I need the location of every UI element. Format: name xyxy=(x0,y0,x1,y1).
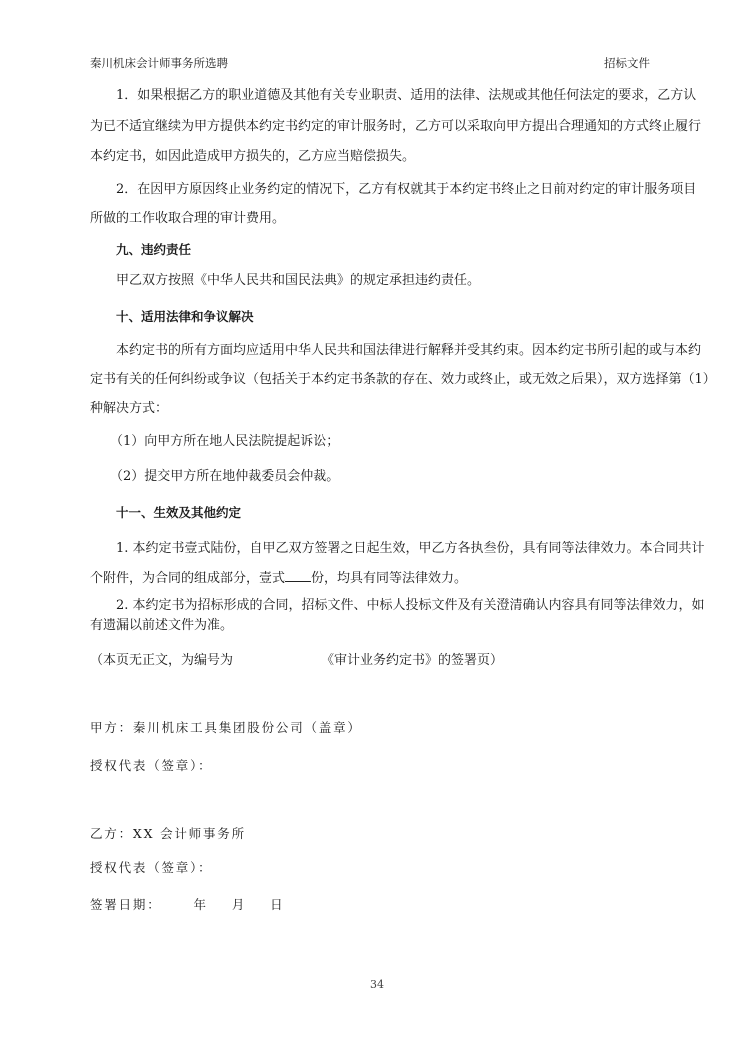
header-right: 招标文件 xyxy=(604,55,650,71)
page-number: 34 xyxy=(370,978,384,991)
text-after-blank: 份，均具有同等法律效力。 xyxy=(311,571,467,586)
date-month: 月 xyxy=(232,897,246,912)
paragraph-line: 本约定书的所有方面均应适用中华人民共和国法律进行解释并受其约束。因本约定书所引起… xyxy=(116,343,701,359)
note-after: 《审计业务约定书》的签署页） xyxy=(321,653,503,668)
section-heading-breach: 九、违约责任 xyxy=(116,242,191,258)
paragraph-line: 所做的工作收取合理的审计费用。 xyxy=(90,211,285,227)
signing-date: 签署日期：年月日 xyxy=(90,897,284,913)
paragraph-line: 个附件，为合同的组成部分，壹式份，均具有同等法律效力。 xyxy=(90,569,467,587)
paragraph-line: 1. 本约定书壹式陆份，自甲乙双方签署之日起生效，甲乙方各执叁份，具有同等法律效… xyxy=(116,541,705,557)
dispute-option-2: （2）提交甲方所在地仲裁委员会仲裁。 xyxy=(110,469,339,485)
paragraph-line: 为已不适宜继续为甲方提供本约定书约定的审计服务时，乙方可以采取向甲方提出合理通知… xyxy=(90,119,701,135)
date-year: 年 xyxy=(194,897,208,912)
date-label: 签署日期： xyxy=(90,897,162,912)
paragraph-line: 定书有关的任何纠纷或争议（包括关于本约定书条款的存在、效力或终止，或无效之后果）… xyxy=(90,372,716,388)
copies-blank xyxy=(285,569,311,582)
breach-text: 甲乙双方按照《中华人民共和国民法典》的规定承担违约责任。 xyxy=(116,273,480,289)
paragraph-line: 有遗漏以前述文件为准。 xyxy=(90,618,233,634)
party-a-representative: 授权代表（签章）： xyxy=(90,758,212,774)
dispute-option-1: （1）向甲方所在地人民法院提起诉讼； xyxy=(110,434,339,450)
paragraph-line: 2. 本约定书为招标形成的合同，招标文件、中标人投标文件及有关澄清确认内容具有同… xyxy=(116,598,705,614)
signature-page-note: （本页无正文，为编号为《审计业务约定书》的签署页） xyxy=(90,653,503,669)
paragraph-line: 种解决方式： xyxy=(90,401,168,417)
paragraph-line: 本约定书，如因此造成甲方损失的，乙方应当赔偿损失。 xyxy=(90,149,415,165)
party-b-representative: 授权代表（签章）： xyxy=(90,860,212,876)
date-day: 日 xyxy=(270,897,284,912)
section-heading-law: 十、适用法律和争议解决 xyxy=(116,309,254,325)
party-a-label: 甲方：秦川机床工具集团股份公司（盖章） xyxy=(90,720,362,736)
header-left: 秦川机床会计师事务所选聘 xyxy=(90,55,228,71)
party-b-label: 乙方：XX 会计师事务所 xyxy=(90,826,246,842)
note-before: （本页无正文，为编号为 xyxy=(90,653,233,668)
paragraph-line: 2．在因甲方原因终止业务约定的情况下，乙方有权就其于本约定书终止之日前对约定的审… xyxy=(116,182,696,198)
text-before-blank: 个附件，为合同的组成部分，壹式 xyxy=(90,571,285,586)
paragraph-line: 1．如果根据乙方的职业道德及其他有关专业职责、适用的法律、法规或其他任何法定的要… xyxy=(116,88,696,104)
section-heading-effectiveness: 十一、生效及其他约定 xyxy=(116,505,241,521)
